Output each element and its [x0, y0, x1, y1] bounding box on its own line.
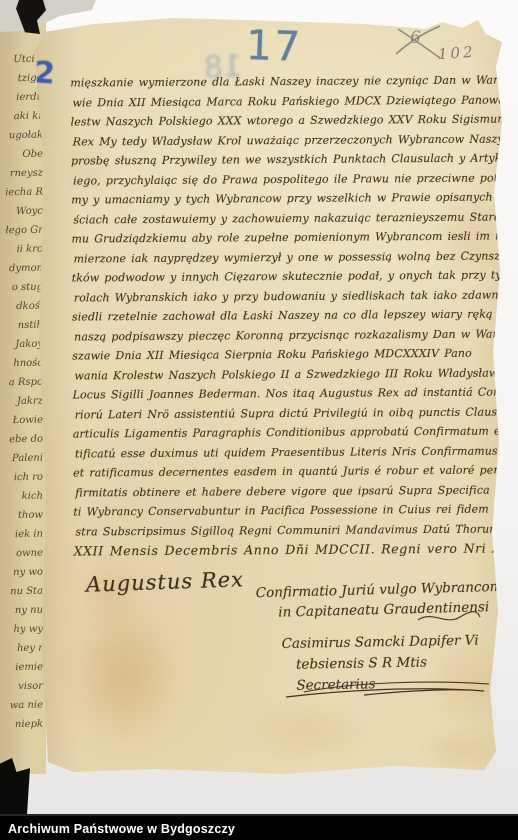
text-fragment: o stug [0, 278, 43, 298]
text-fragment: hy wy [0, 620, 43, 640]
text-fragment: ich ro [0, 468, 43, 488]
archive-caption: Archiwum Państwowe w Bydgoszczy [0, 822, 235, 836]
text-fragment: dymon [0, 259, 43, 279]
text-fragment: nstih [0, 316, 43, 336]
manuscript-line: XXII Mensis Decembris Anno Dñi MDCCII. R… [74, 539, 500, 561]
text-fragment: thow [0, 506, 43, 526]
text-fragment: Łowie [0, 411, 43, 431]
text-fragment: ierdu [0, 88, 43, 108]
manuscript-text-block: mięszkanie wymierzone dla Łaski Naszey i… [70, 71, 499, 561]
secretary-line: Casimirus Samcki Dapifer Vi [281, 630, 503, 655]
text-fragment: Paleni [0, 449, 43, 469]
manuscript-line: Locus Sigilli Joannes Bederman. Nos itaq… [72, 383, 498, 405]
text-fragment: hność [0, 354, 43, 374]
text-fragment: ugołak [0, 126, 43, 146]
text-fragment: nu Sta [0, 582, 43, 602]
manuscript-line: mięszkanie wymierzone dla Łaski Naszey i… [70, 71, 496, 93]
text-fragment: Jakrz [0, 392, 43, 412]
crossed-out-number: 6 [410, 28, 421, 48]
manuscript-line: prosbę słuszną Przywiley ten we wszystki… [71, 149, 497, 171]
text-fragment: wa nie [0, 696, 43, 716]
text-fragment: łego Gr [0, 221, 43, 241]
text-fragment: dkośl [0, 297, 43, 317]
text-fragment: owne [0, 544, 43, 564]
previous-page-edge: Utci=tzighierduaki krugołakOberneysziech… [0, 0, 46, 774]
archive-caption-bar: Archiwum Państwowe w Bydgoszczy [0, 814, 518, 840]
manuscript-line: ti Wybrancy Conservabuntur in Pacifica P… [73, 500, 499, 522]
paper-stain [419, 727, 509, 772]
text-fragment: niepk [0, 715, 43, 735]
pencil-page-number: 102 [437, 43, 476, 64]
previous-page-fragments: Utci=tzighierduaki krugołakOberneysziech… [0, 0, 46, 734]
paper-stain [244, 702, 374, 762]
text-fragment: ny wo [0, 563, 43, 583]
text-fragment: iecha R [0, 183, 43, 203]
manuscript-line: articulis Ligamentis Paragraphis Conditi… [73, 422, 499, 444]
archive-scan-viewer: Utci=tzighierduaki krugołakOberneysziech… [0, 0, 518, 840]
text-fragment: Obe [0, 145, 43, 165]
text-fragment: Jakoy [0, 335, 43, 355]
manuscript-page: 17 18 6 102 2 mięszkanie wymierzone dla … [34, 12, 504, 778]
manuscript-line: mu Grudziądzkiemu aby role zupełne pomie… [71, 227, 497, 249]
text-fragment: ny nu [0, 601, 43, 621]
text-fragment: visor [0, 677, 43, 697]
secretary-line: tebsiensis S R Mtis Secretarius [296, 651, 505, 697]
manuscript-line: tków podwodow y innych Cięzarow skuteczn… [72, 266, 498, 288]
text-fragment: ebe do [0, 430, 43, 450]
manuscript-line: my y umacniamy y tych Wybrancow przy wsz… [71, 188, 497, 210]
text-fragment: hey r [0, 639, 43, 659]
folio-number-blue: 17 [245, 21, 303, 71]
manuscript-line: et ratificamus decernentes easdem in qua… [73, 461, 499, 483]
text-fragment: iemie [0, 658, 43, 678]
text-fragment: Woyc [0, 202, 43, 222]
text-fragment: kich [0, 487, 43, 507]
text-fragment: iek in [0, 525, 43, 545]
paper-stain [64, 602, 184, 752]
manuscript-line: lestw Naszych Polskiego XXX wtorego a Sz… [71, 110, 497, 132]
text-fragment: a Rspo [0, 373, 43, 393]
confirmatio-note: Confirmatio Juriú vulgo Wybrancom in Cap… [256, 577, 504, 623]
royal-signature: Augustus Rex [86, 567, 245, 596]
text-fragment: aki kr [0, 107, 43, 127]
text-fragment: rneysz [0, 164, 43, 184]
secretary-note: Casimirus Samcki Dapifer Vi tebsiensis S… [281, 630, 504, 697]
text-fragment: ii kro [0, 240, 43, 260]
manuscript-line: siedli rzetelnie zachował dla Łaski Nasz… [72, 305, 498, 327]
manuscript-line: szawie Dnia XII Miesiąca Sierpnia Roku P… [72, 344, 498, 366]
